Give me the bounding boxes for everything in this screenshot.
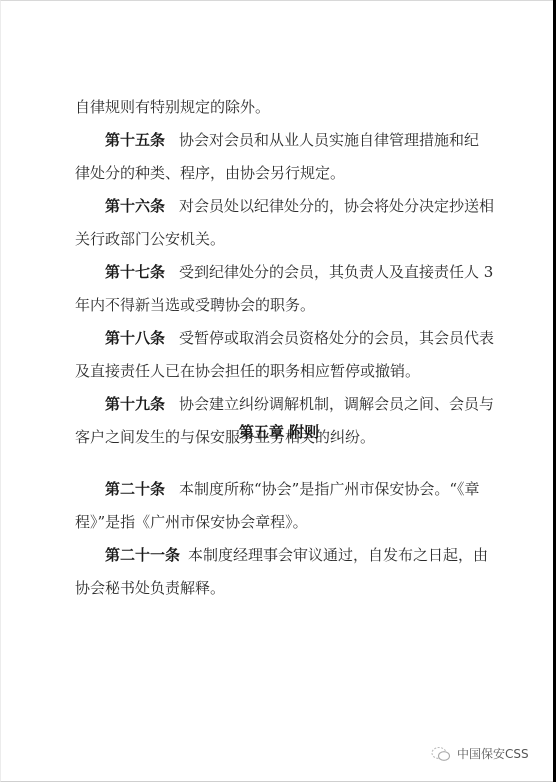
article-label: 第十九条 bbox=[105, 395, 165, 413]
paragraph-text: 对会员处以纪律处分的，协会将处分决定抄送相 bbox=[179, 197, 494, 215]
paragraph-text: 年内不得新当选或受聘协会的职务。 bbox=[75, 296, 315, 314]
article-label: 第十五条 bbox=[105, 131, 165, 149]
paragraph-text: 协会对会员和从业人员实施自律管理措施和纪 bbox=[179, 131, 479, 149]
watermark: 中国保安CSS bbox=[431, 745, 529, 762]
article-label: 第二十一条 bbox=[105, 546, 180, 564]
article-label: 第十八条 bbox=[105, 329, 165, 347]
document-body-bottom: 第二十条本制度所称“协会”是指广州市保安协会。“《章 程》”是指《广州市保安协会… bbox=[75, 473, 495, 605]
article-15: 第十五条协会对会员和从业人员实施自律管理措施和纪 bbox=[75, 124, 495, 157]
paragraph-text: 自律规则有特别规定的除外。 bbox=[75, 98, 270, 116]
paragraph-line: 自律规则有特别规定的除外。 bbox=[75, 91, 495, 124]
article-20: 第二十条本制度所称“协会”是指广州市保安协会。“《章 bbox=[75, 473, 495, 506]
article-label: 第十六条 bbox=[105, 197, 165, 215]
article-19: 第十九条协会建立纠纷调解机制，调解会员之间、会员与 bbox=[75, 388, 495, 421]
document-page: 自律规则有特别规定的除外。 第十五条协会对会员和从业人员实施自律管理措施和纪 律… bbox=[0, 0, 554, 782]
paragraph-text: 程》”是指《广州市保安协会章程》。 bbox=[75, 513, 308, 531]
paragraph-line: 律处分的种类、程序，由协会另行规定。 bbox=[75, 157, 495, 190]
document-body-top: 自律规则有特别规定的除外。 第十五条协会对会员和从业人员实施自律管理措施和纪 律… bbox=[75, 91, 495, 454]
paragraph-line: 协会秘书处负责解释。 bbox=[75, 572, 495, 605]
article-18: 第十八条受暂停或取消会员资格处分的会员，其会员代表 bbox=[75, 322, 495, 355]
paragraph-text: 本制度所称“协会”是指广州市保安协会。“《章 bbox=[179, 480, 480, 498]
article-17: 第十七条受到纪律处分的会员，其负责人及直接责任人 3 bbox=[75, 256, 495, 289]
chapter-heading: 第五章 附则 bbox=[1, 421, 556, 442]
paragraph-text: 受暂停或取消会员资格处分的会员，其会员代表 bbox=[179, 329, 494, 347]
paragraph-text: 协会秘书处负责解释。 bbox=[75, 579, 225, 597]
paragraph-line: 及直接责任人已在协会担任的职务相应暂停或撤销。 bbox=[75, 355, 495, 388]
paragraph-text: 关行政部门公安机关。 bbox=[75, 230, 225, 248]
paragraph-line: 关行政部门公安机关。 bbox=[75, 223, 495, 256]
article-label: 第十七条 bbox=[105, 263, 165, 281]
paragraph-line: 程》”是指《广州市保安协会章程》。 bbox=[75, 506, 495, 539]
article-16: 第十六条对会员处以纪律处分的，协会将处分决定抄送相 bbox=[75, 190, 495, 223]
watermark-text: 中国保安CSS bbox=[457, 745, 529, 762]
paragraph-text: 协会建立纠纷调解机制，调解会员之间、会员与 bbox=[179, 395, 494, 413]
paragraph-text: 本制度经理事会审议通过，自发布之日起，由 bbox=[188, 546, 488, 564]
paragraph-text: 律处分的种类、程序，由协会另行规定。 bbox=[75, 164, 345, 182]
paragraph-text: 受到纪律处分的会员，其负责人及直接责任人 3 bbox=[179, 263, 493, 281]
paragraph-line: 年内不得新当选或受聘协会的职务。 bbox=[75, 289, 495, 322]
paragraph-text: 及直接责任人已在协会担任的职务相应暂停或撤销。 bbox=[75, 362, 420, 380]
wechat-icon bbox=[431, 746, 451, 762]
article-label: 第二十条 bbox=[105, 480, 165, 498]
article-21: 第二十一条本制度经理事会审议通过，自发布之日起，由 bbox=[75, 539, 495, 572]
